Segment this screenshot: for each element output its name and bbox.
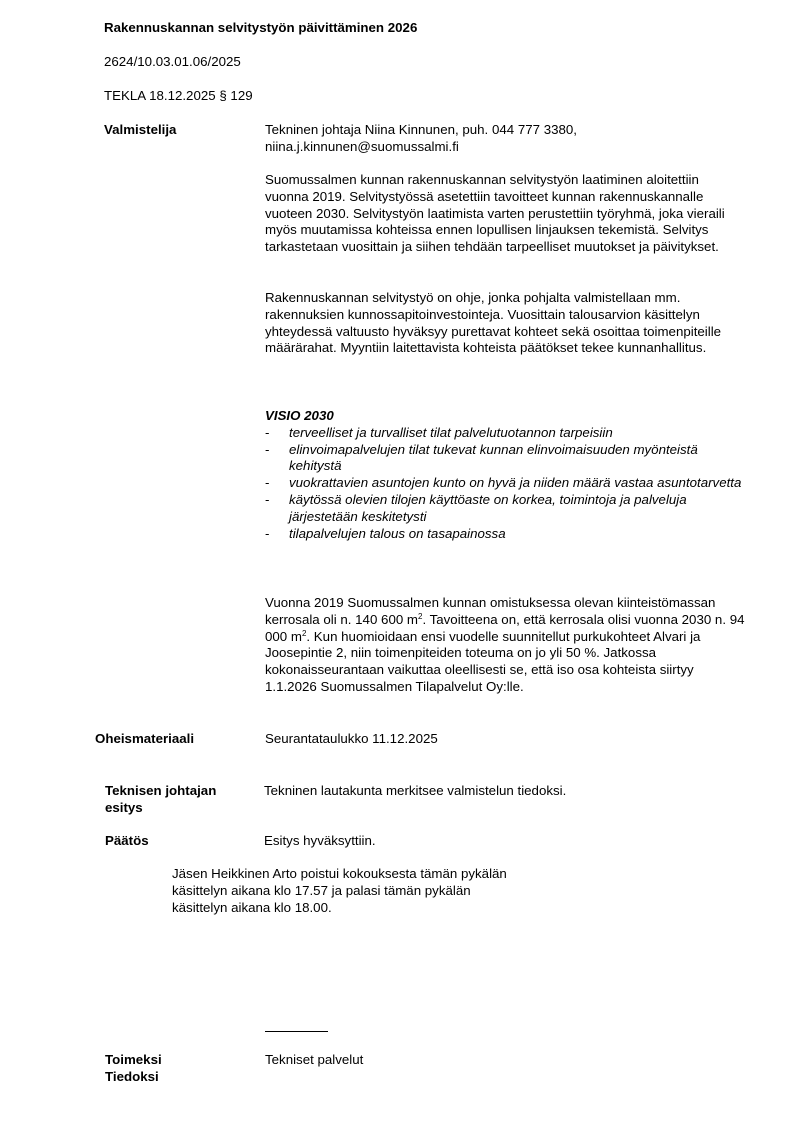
preparer-email: niina.j.kinnunen@suomussalmi.fi (265, 139, 745, 156)
visio-item: -käytössä olevien tilojen käyttöaste on … (265, 492, 745, 526)
visio-item: -elinvoimapalvelujen tilat tukevat kunna… (265, 442, 745, 476)
preparer-name-phone: Tekninen johtaja Niina Kinnunen, puh. 04… (265, 122, 745, 139)
dash-bullet-icon: - (265, 442, 269, 459)
section-divider (265, 1031, 328, 1032)
dash-bullet-icon: - (265, 425, 269, 442)
visio-item: -terveelliset ja turvalliset tilat palve… (265, 425, 745, 442)
preparer-contact: Tekninen johtaja Niina Kinnunen, puh. 04… (265, 122, 745, 156)
valmistelija-label: Valmistelija (104, 122, 176, 137)
background-paragraph: Suomussalmen kunnan rakennuskannan selvi… (265, 172, 745, 256)
dash-bullet-icon: - (265, 492, 269, 509)
visio-item: -tilapalvelujen talous on tasapainossa (265, 526, 745, 543)
meeting-reference: TEKLA 18.12.2025 § 129 (104, 88, 253, 103)
visio-title: VISIO 2030 (265, 408, 745, 425)
decision-text: Esitys hyväksyttiin. (264, 833, 376, 848)
jakelu-label: Toimeksi Tiedoksi (105, 1052, 162, 1086)
visio-list: -terveelliset ja turvalliset tilat palve… (265, 425, 745, 543)
document-title: Rakennuskannan selvitystyön päivittämine… (104, 20, 417, 35)
esitys-label: Teknisen johtajan esitys (105, 783, 216, 817)
dash-bullet-icon: - (265, 526, 269, 543)
dash-bullet-icon: - (265, 475, 269, 492)
distribution-text: Tekniset palvelut (265, 1052, 363, 1067)
floor-area-paragraph: Vuonna 2019 Suomussalmen kunnan omistuks… (265, 595, 745, 696)
visio-section: VISIO 2030 -terveelliset ja turvalliset … (265, 408, 745, 542)
decision-note: Jäsen Heikkinen Arto poistui kokouksesta… (172, 866, 507, 916)
diary-number: 2624/10.03.01.06/2025 (104, 54, 241, 69)
proposal-text: Tekninen lautakunta merkitsee valmistelu… (264, 783, 566, 798)
guidance-paragraph: Rakennuskannan selvitystyö on ohje, jonk… (265, 290, 745, 357)
paatos-label: Päätös (105, 833, 149, 848)
visio-item: -vuokrattavien asuntojen kunto on hyvä j… (265, 475, 745, 492)
attachment-link[interactable]: Seurantataulukko 11.12.2025 (265, 731, 438, 746)
oheismateriaali-label: Oheismateriaali (95, 731, 194, 746)
